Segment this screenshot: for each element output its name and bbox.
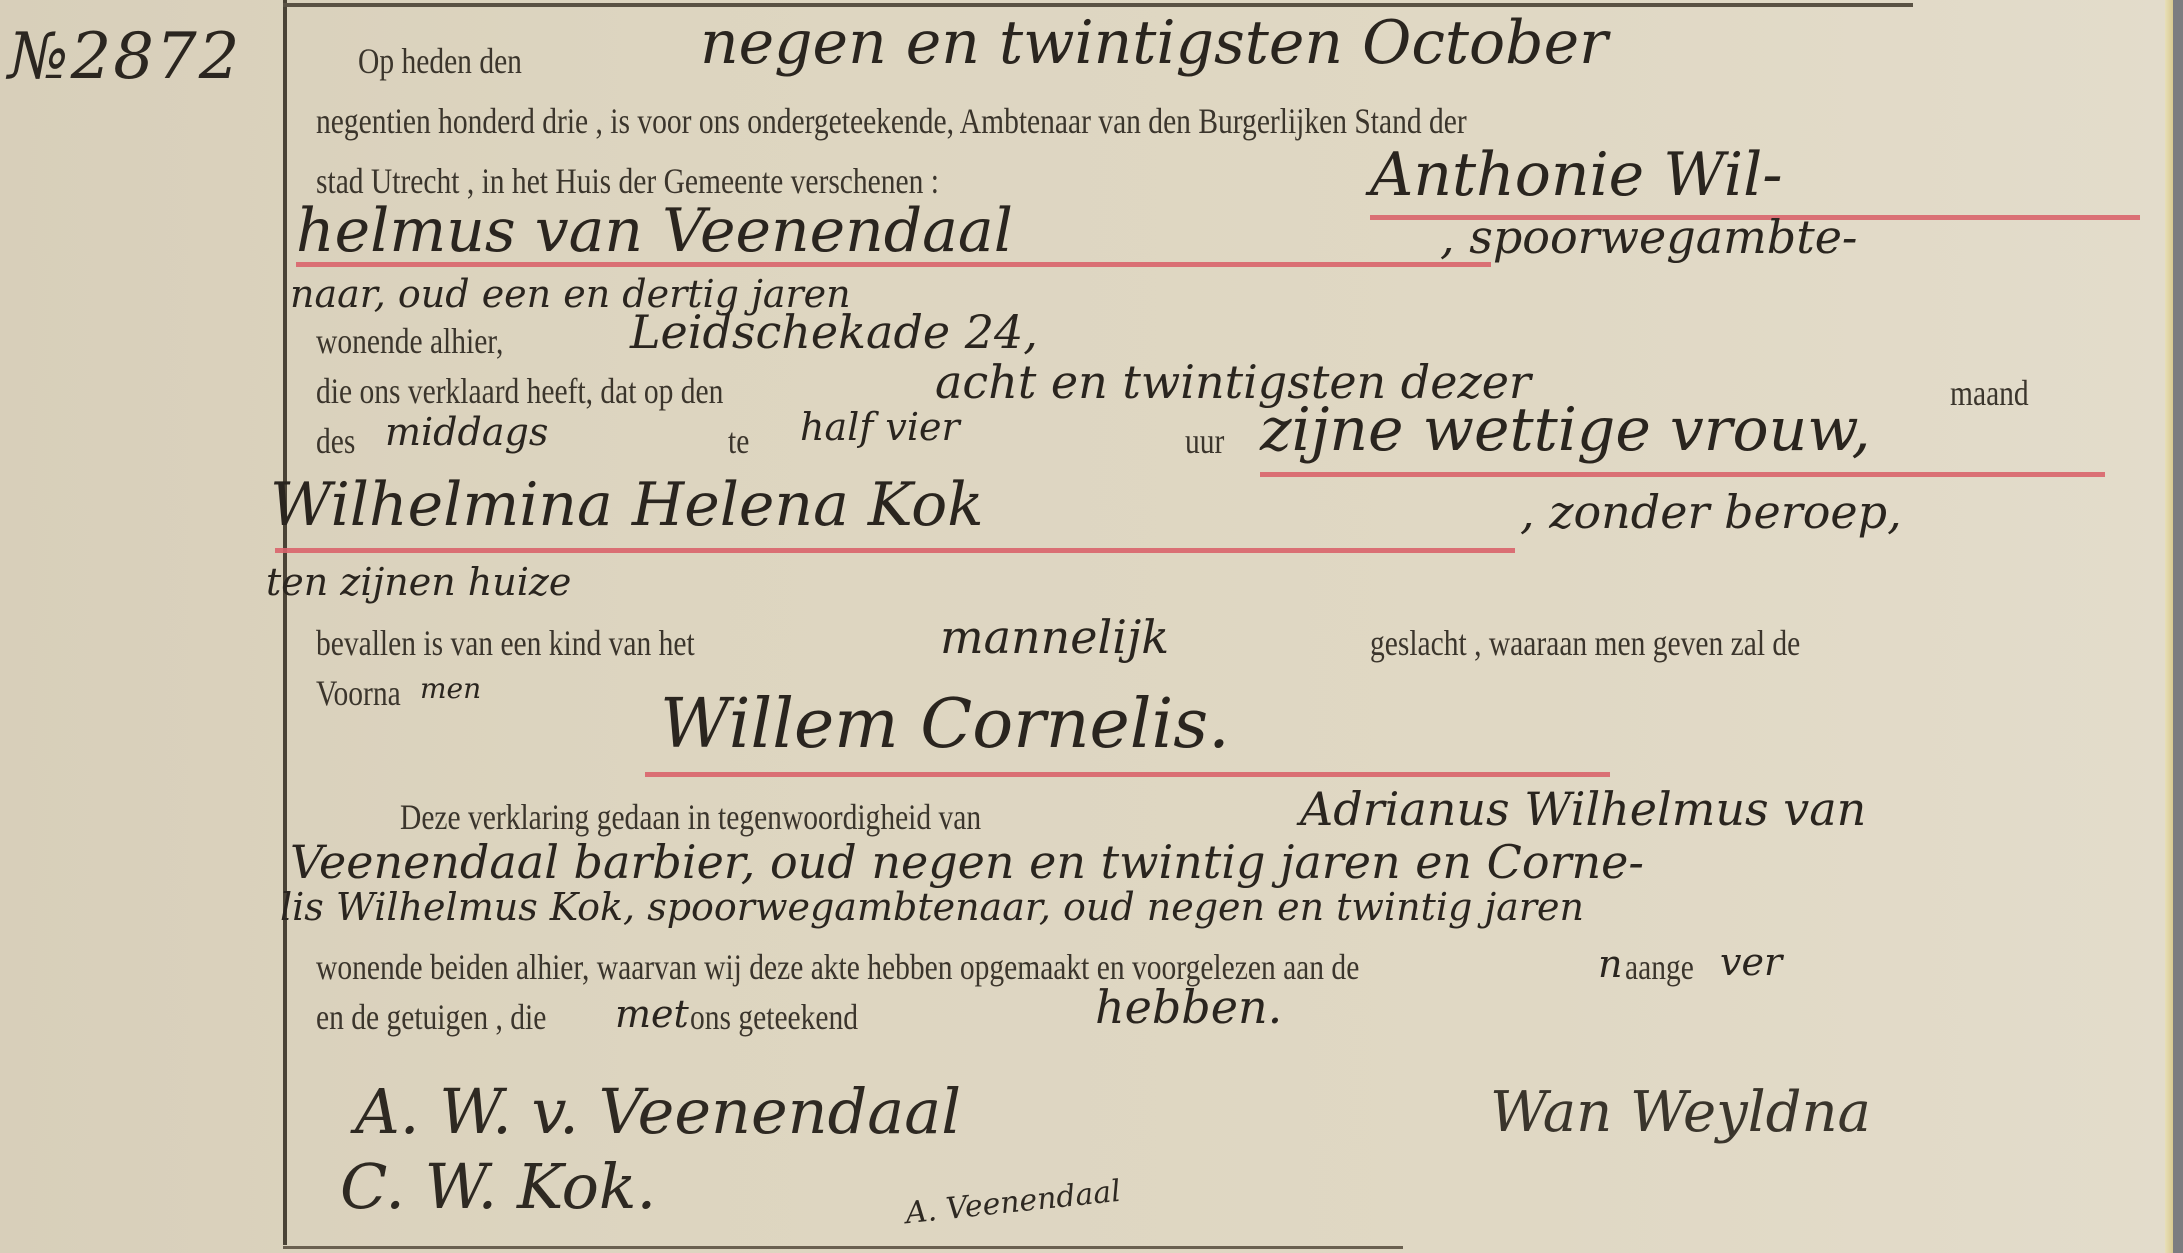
line17-hand-hebben: hebben. [1095,980,1282,1034]
page-edge [2165,0,2173,1253]
address-handwritten: Leidschekade 24, [630,305,1038,359]
line17-print: en de getuigen , die [316,996,546,1038]
background-edge [2173,0,2183,1253]
line12-print: Voorna [316,672,401,714]
line7-print-end: maand [1950,372,2029,414]
witness1-name: Adrianus Wilhelmus van [1300,782,1866,836]
witness2-details: lis Wilhelmus Kok, spoorwegambtenaar, ou… [280,885,1584,929]
line6-print: wonende alhier, [316,320,503,362]
line17-print-geteekend: ons geteekend [690,996,858,1038]
number-value: 2872 [71,20,242,94]
line16-hand-ver: ver [1720,940,1782,984]
line7-print: die ons verklaard heeft, dat op den [316,370,723,412]
red-underline [296,262,1491,267]
red-underline [275,548,1515,553]
father-name-part2: helmus van Veenendaal [296,196,1013,266]
line16-print-aange: aange [1625,946,1694,988]
number-prefix: № [8,20,71,94]
wife-relation: zijne wettige vrouw, [1260,395,1871,465]
birth-time: half vier [800,405,960,449]
line17-hand-met: met [615,992,689,1036]
mother-name: Wilhelmina Helena Kok [270,470,984,540]
line1-print: Op heden den [358,40,522,82]
red-underline [645,772,1610,777]
margin-rule [283,0,287,1245]
bleed-through-text [0,360,9,398]
time-of-day: middags [385,410,548,454]
record-number: №2872 [8,20,241,94]
line2-print: negentien honderd drie , is voor ons ond… [316,100,1467,142]
birth-place: ten zijnen huize [266,560,571,604]
signature-official: Wan Weyldna [1490,1080,1871,1145]
mother-occupation: , zonder beroep, [1520,485,1902,539]
child-name: Willem Cornelis. [660,685,1230,764]
voornamen-suffix: men [420,672,481,705]
line11-print: bevallen is van een kind van het [316,622,695,664]
child-sex: mannelijk [940,610,1169,664]
bottom-rule [283,1246,1403,1249]
top-rule [283,3,1913,7]
line11-print-end: geslacht , waaraan men geven zal de [1370,622,1800,664]
father-occupation: , spoorwegambte- [1440,210,1857,264]
line13-print: Deze verklaring gedaan in tegenwoordighe… [400,796,981,838]
father-name-part1: Anthonie Wil- [1370,140,1783,210]
red-underline [1260,472,2105,477]
line8-print-des: des [316,420,355,462]
line8-print-uur: uur [1185,420,1224,462]
line16-hand-n: n [1598,942,1622,986]
signature-witness1: A. W. v. Veenendaal [355,1075,961,1148]
date-handwritten: negen en twintigsten October [700,8,1608,78]
line8-print-te: te [728,420,749,462]
witness1-details: Veenendaal barbier, oud negen en twintig… [290,835,1644,889]
signature-witness2: C. W. Kok. [340,1150,656,1223]
